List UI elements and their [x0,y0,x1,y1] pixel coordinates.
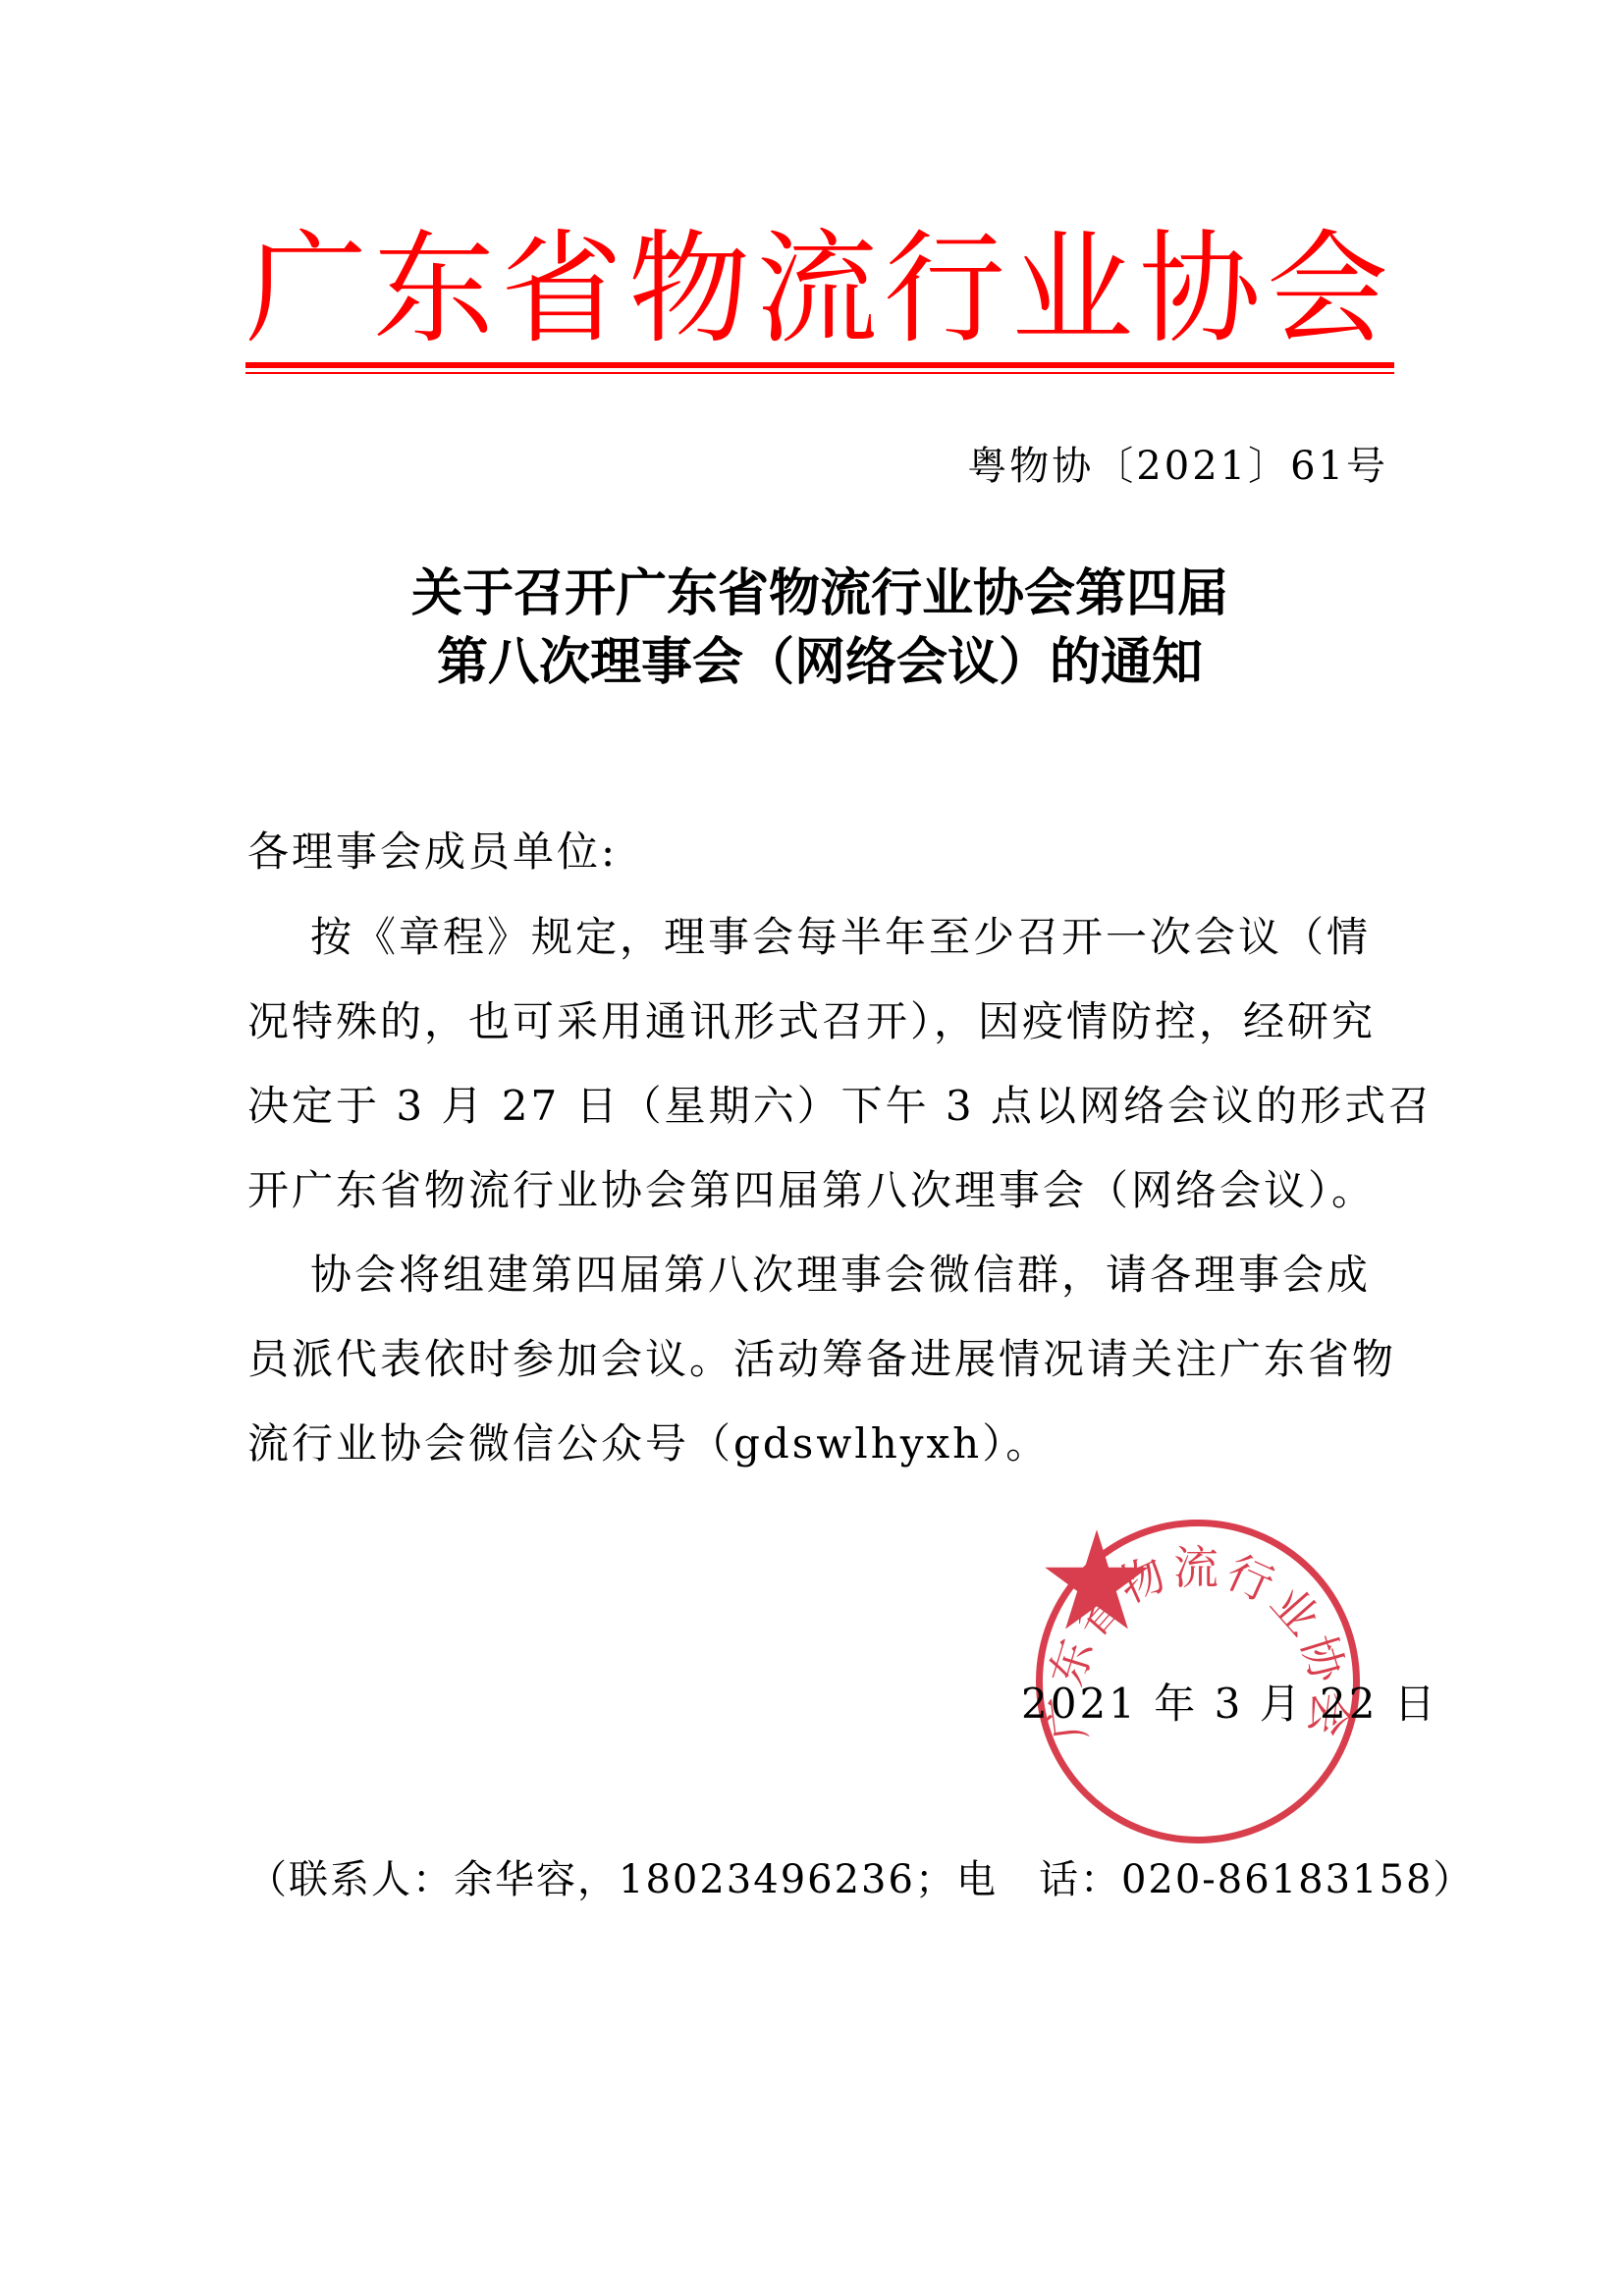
contact-info: （联系人：余华容，18023496236；电 话：020-86183158） [247,1850,1474,1909]
signature-date: 2021 年 3 月 22 日 [1021,1675,1438,1734]
paragraph-2-line: 员派代表依时参加会议。活动筹备进展情况请关注广东省物 [247,1330,1396,1389]
document-title: 关于召开广东省物流行业协会第四届 第八次理事会（网络会议）的通知 [245,560,1394,697]
header-divider-thin [245,372,1394,374]
salutation: 各理事会成员单位: [247,823,618,881]
paragraph-2-line: 协会将组建第四届第八次理事会微信群，请各理事会成 [310,1246,1371,1305]
organization-masthead: 广东省物流行业协会 [245,221,1394,358]
paragraph-1-line: 决定于 3 月 27 日（星期六）下午 3 点以网络会议的形式召 [247,1077,1433,1136]
header-divider-thick [245,362,1394,368]
document-number: 粤物协〔2021〕61号 [967,442,1388,491]
title-line-1: 关于召开广东省物流行业协会第四届 [245,560,1394,628]
paragraph-1-line: 况特殊的，也可采用通讯形式召开），因疫情防控，经研究 [247,992,1376,1051]
star-icon [1043,1526,1151,1634]
paragraph-1-line: 按《章程》规定，理事会每半年至少召开一次会议（情 [310,908,1371,967]
paragraph-1-line: 开广东省物流行业协会第四届第八次理事会（网络会议）。 [247,1161,1376,1220]
title-line-2: 第八次理事会（网络会议）的通知 [245,628,1394,697]
paragraph-2-line: 流行业协会微信公众号（gdswlhyxh）。 [247,1415,1050,1473]
